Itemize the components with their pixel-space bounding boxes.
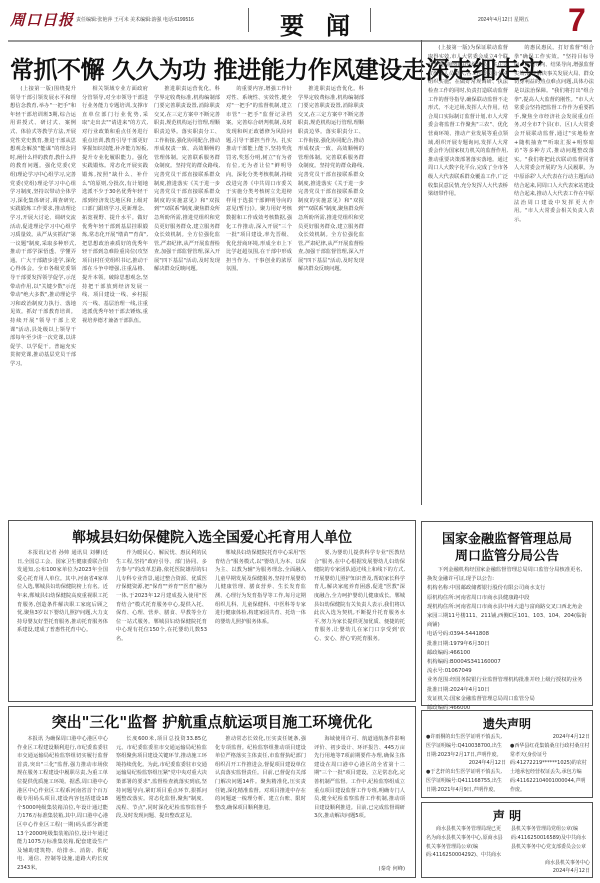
notice-title-line2: 周口监管分局公告 [422, 545, 592, 564]
field-value: B0004S341160007 [450, 659, 501, 665]
article-text: 郸城县妇幼保健院托育中心采用"医育结合"服务模式,以"婴幼儿为本、以保为主、以教… [215, 549, 306, 626]
supervision-column-4: 海域使用许可、航道通航条件影响评价、初步设计、环评报告、445万亩先行用地等7项… [314, 735, 405, 867]
lost-notice-column-1: ●许雨桐的出生医学证明不慎丢失,医学证明编号:Q410038700,出生日期:2… [426, 733, 506, 795]
field-value: 466100 [450, 650, 470, 656]
field-label: 批准日期: [427, 687, 450, 693]
hospital-column-2: 作为暖民心、解民忧、惠民利的民生工程,坚持"政府引导、部门协同、多方参与"的改革… [116, 549, 207, 697]
hospital-column-1: 本报讯(记者 孙帅 通讯员 刘柳)近日,全国总工会、国家卫生健康委联合印发通知,… [17, 549, 108, 697]
lead-column-3: 推进职责运营优化。科学界定收费标准,机构编制部门要完善职责设置,消除职责交叉,在… [154, 85, 220, 505]
newspaper-logo: 周口日报 [10, 9, 74, 30]
lead-column-2: 相关领域专业方面政府分管领导,对全市领导干部进行业务能力专题培训,支撑市直单位部… [82, 85, 148, 505]
field-label: 现机构住所: [427, 604, 455, 610]
column-divider [421, 40, 422, 505]
supervision-column-3: 推动常态长效化,压实责任链条,强化专项监督。纪检监察组推动项目建设单位严格落实主… [215, 735, 306, 875]
article-text: 长度600米,项目总投资33.85亿元。市纪委监委驻市交通运输局纪检监察组聚焦项… [116, 735, 207, 821]
supervision-column-2: 长度600米,项目总投资33.85亿元。市纪委监委驻市交通运输局纪检监察组聚焦项… [116, 735, 207, 875]
field-label: 批准日期: [427, 641, 450, 647]
statement-text: 商水县机关事务管理局现已更名为商水县机关事务中心,原商水县机关事务管理局公章(编… [426, 825, 590, 861]
notice-field: 机构名称:中国邮政储蓄银行股份有限公司商水支行 [427, 584, 587, 593]
notice-field: 邮政编码:466100 [427, 649, 587, 658]
article-text: 要,为婴幼儿提供科学专业"医教结合"服务,在中心根据发展婴幼儿妇幼保健院的专家团… [314, 549, 405, 644]
supervision-column-1: 本报讯 为确保周口港中心港区中心作业区工程建设顺利进行,市纪委监委驻市交通运输局… [17, 735, 108, 875]
field-value: 中国邮政储蓄银行股份有限公司商水支行 [450, 585, 545, 591]
entry-date: 2024年4月12日 [510, 733, 590, 742]
article-text: 本报讯(记者 孙帅 通讯员 刘柳)近日,全国总工会、国家卫生健康委联合印发通知,… [17, 549, 108, 635]
page-number: 7 [568, 2, 586, 39]
notice-field: 现机构住所:河南省周口市商水县中州大道与富商路交叉口西北角金家园三期11号楼11… [427, 603, 587, 631]
field-label: 业务范围: [427, 677, 450, 683]
entry-date: 2024年4月12日 [426, 759, 506, 768]
article-text: 海域使用许可、航道通航条件影响评价、初步设计、环评报告、445万亩先行用地等7项… [314, 735, 405, 821]
field-label: 发证机关: [427, 696, 450, 702]
notice-field: 流水号:01067049 [427, 667, 587, 676]
notice-field: 业务范围:经国务院银行业监督管理机构批准并经上级行授权的业务 [427, 676, 587, 685]
supervision-article-box: 突出"三化"监督 护航重点航运项目施工环境优化 本报讯 为确保周口港中心港区中心… [8, 706, 416, 878]
field-value: 2024年4月10日 [450, 687, 489, 693]
lost-notice-box: 遗失声明 ●许雨桐的出生医学证明不慎丢失,医学证明编号:Q410038700,出… [421, 710, 593, 798]
notice-intro: 下列金融机构经国家金融监督管理总局周口监管分局核准更名,换发金融许可证,现予以公… [427, 566, 587, 584]
article-text: 作为暖民心、解民忧、惠民利的民生工程,坚持"政府引导、部门协同、多方参与"的改革… [116, 549, 207, 644]
field-value: 1979年6月30日 [450, 641, 489, 647]
field-label: 流水号: [427, 668, 445, 674]
statement-title: 声 明 [422, 807, 592, 824]
field-label: 机构名称: [427, 585, 450, 591]
lost-entry: ●西华县红花集镇桑庄行政村桑庄村常孝天(身份证号码:41272219******… [510, 742, 590, 795]
article-text: (上接第一版)为保证联动监督取得实效,市人大常委会成立4个联动专题调研组,由党组… [428, 44, 508, 199]
field-label: 邮政编码: [427, 650, 450, 656]
section-title: 要闻 [280, 6, 372, 41]
lost-notice-column-2: 2024年4月12日 ●西华县红花集镇桑庄行政村桑庄村常孝天(身份证号码:412… [510, 733, 590, 795]
statement-date: 2024年4月12日 [510, 867, 590, 876]
hospital-column-3: 郸城县妇幼保健院托育中心采用"医育结合"服务模式,以"婴幼儿为本、以保为主、以教… [215, 549, 306, 697]
notice-field: 批准日期:1979年6月30日 [427, 640, 587, 649]
article-text: 推进职责运营优化。科学界定收费标准,机构编制部门要完善职责设置,消除职责交叉,在… [154, 85, 220, 274]
regulatory-notice-box: 国家金融监督管理总局 周口监管分局公告 下列金融机构经国家金融监督管理总局周口监… [421, 521, 593, 706]
field-value: 经国务院银行业监督管理机构批准并经上级行授权的业务 [450, 677, 582, 683]
article-text: 推动常态长效化,压实责任链条,强化专项监督。纪检监察组推动项目建设单位严格落实主… [215, 735, 306, 812]
divider [248, 8, 249, 32]
masthead: 周口日报 责任编辑:张艳萍 王可未 美术编辑:韵强 电话:6199516 要闻 … [8, 0, 592, 42]
article-text: 推进职责运营优化。科学界定收费标准,机构编制部门要完善职责设置,消除职责交叉,在… [298, 85, 364, 274]
article-text: (上接第一版)围绕提升领导干部引领发展水平和理想信念教育,举办"一把手"和年轻干… [10, 85, 76, 369]
article-byline: (秦奇 何峰) [314, 865, 405, 874]
field-label: 机构编码: [427, 659, 450, 665]
lead-column-4: 的重要内容,增强工作针对性、系统性、实效性,健全对"一把手"的监督机制,建立市管… [226, 85, 292, 505]
notice-field: 原机构住所:河南省周口市商水县健康路中段 [427, 594, 587, 603]
article-text: 相关领域专业方面政府分管领导,对全市领导干部进行业务能力专题培训,支撑市直单位部… [82, 85, 148, 326]
nrc-column-1: (上接第一版)为保证联动监督取得实效,市人大常委会成立4个联动专题调研组,由党组… [428, 44, 508, 506]
editors-credit: 责任编辑:张艳萍 王可未 美术编辑:韵强 电话:6199516 [76, 16, 194, 23]
notice-field: 批准日期:2024年4月10日 [427, 686, 587, 695]
notice-body: 下列金融机构经国家金融监督管理总局周口监管分局核准更名,换发金融许可证,现予以公… [427, 566, 587, 713]
hospital-column-4: 要,为婴幼儿提供科学专业"医教结合"服务,在中心根据发展婴幼儿妇幼保健院的专家团… [314, 549, 405, 697]
lost-entry: ●于艺轩的出生医学证明不慎丢失,医学证明编号:Q411168755,出生日期:2… [426, 768, 506, 794]
field-value: 01067049 [445, 668, 472, 674]
lost-notice-title: 遗失声明 [422, 715, 592, 732]
hospital-headline: 郸城县妇幼保健院入选全国爱心托育用人单位 [9, 527, 415, 547]
notice-field: 发证机关:国家金融监督管理总局周口监管分局 [427, 695, 587, 704]
divider [370, 8, 371, 32]
supervision-headline: 突出"三化"监督 护航重点航运项目施工环境优化 [9, 711, 415, 732]
field-label: 原机构住所: [427, 595, 455, 601]
notice-field: 电话号码:0394-5441808 [427, 630, 587, 639]
field-value: 河南省周口市商水县健康路中段 [455, 595, 529, 601]
lead-column-1: (上接第一版)围绕提升领导干部引领发展水平和理想信念教育,举办"一把手"和年轻干… [10, 85, 76, 505]
issue-date: 2024年4月12日 星期五 [478, 16, 529, 23]
field-label: 电话号码: [427, 631, 450, 637]
article-text: 的惠民惠民。打好监督"组合拳"确保工作实效。"坚持目标导向、问题导向、结果导向,… [514, 44, 594, 224]
article-text: 本报讯 为确保周口港中心港区中心作业区工程建设顺利进行,市纪委监委驻市交通运输局… [17, 735, 108, 873]
field-value: 0394-5441808 [450, 631, 489, 637]
hospital-article-box: 郸城县妇幼保健院入选全国爱心托育用人单位 本报讯(记者 孙帅 通讯员 刘柳)近日… [8, 520, 416, 702]
notice-field: 机构编码:B0004S341160007 [427, 658, 587, 667]
lead-column-5: 推进职责运营优化。科学界定收费标准,机构编制部门要完善职责设置,消除职责交叉,在… [298, 85, 364, 505]
article-text: 的重要内容,增强工作针对性、系统性、实效性,健全对"一把手"的监督机制,建立市管… [226, 85, 292, 274]
lost-entry: ●许雨桐的出生医学证明不慎丢失,医学证明编号:Q410038700,出生日期:2… [426, 733, 506, 759]
nrc-column-2: 的惠民惠民。打好监督"组合拳"确保工作实效。"坚持目标导向、问题导向、结果导向,… [514, 44, 594, 506]
field-value: 国家金融监督管理总局周口监管分局 [450, 696, 535, 702]
statement-notice-box: 声 明 商水县机关事务管理局现已更名为商水县机关事务中心,原商水县机关事务管理局… [421, 802, 593, 878]
